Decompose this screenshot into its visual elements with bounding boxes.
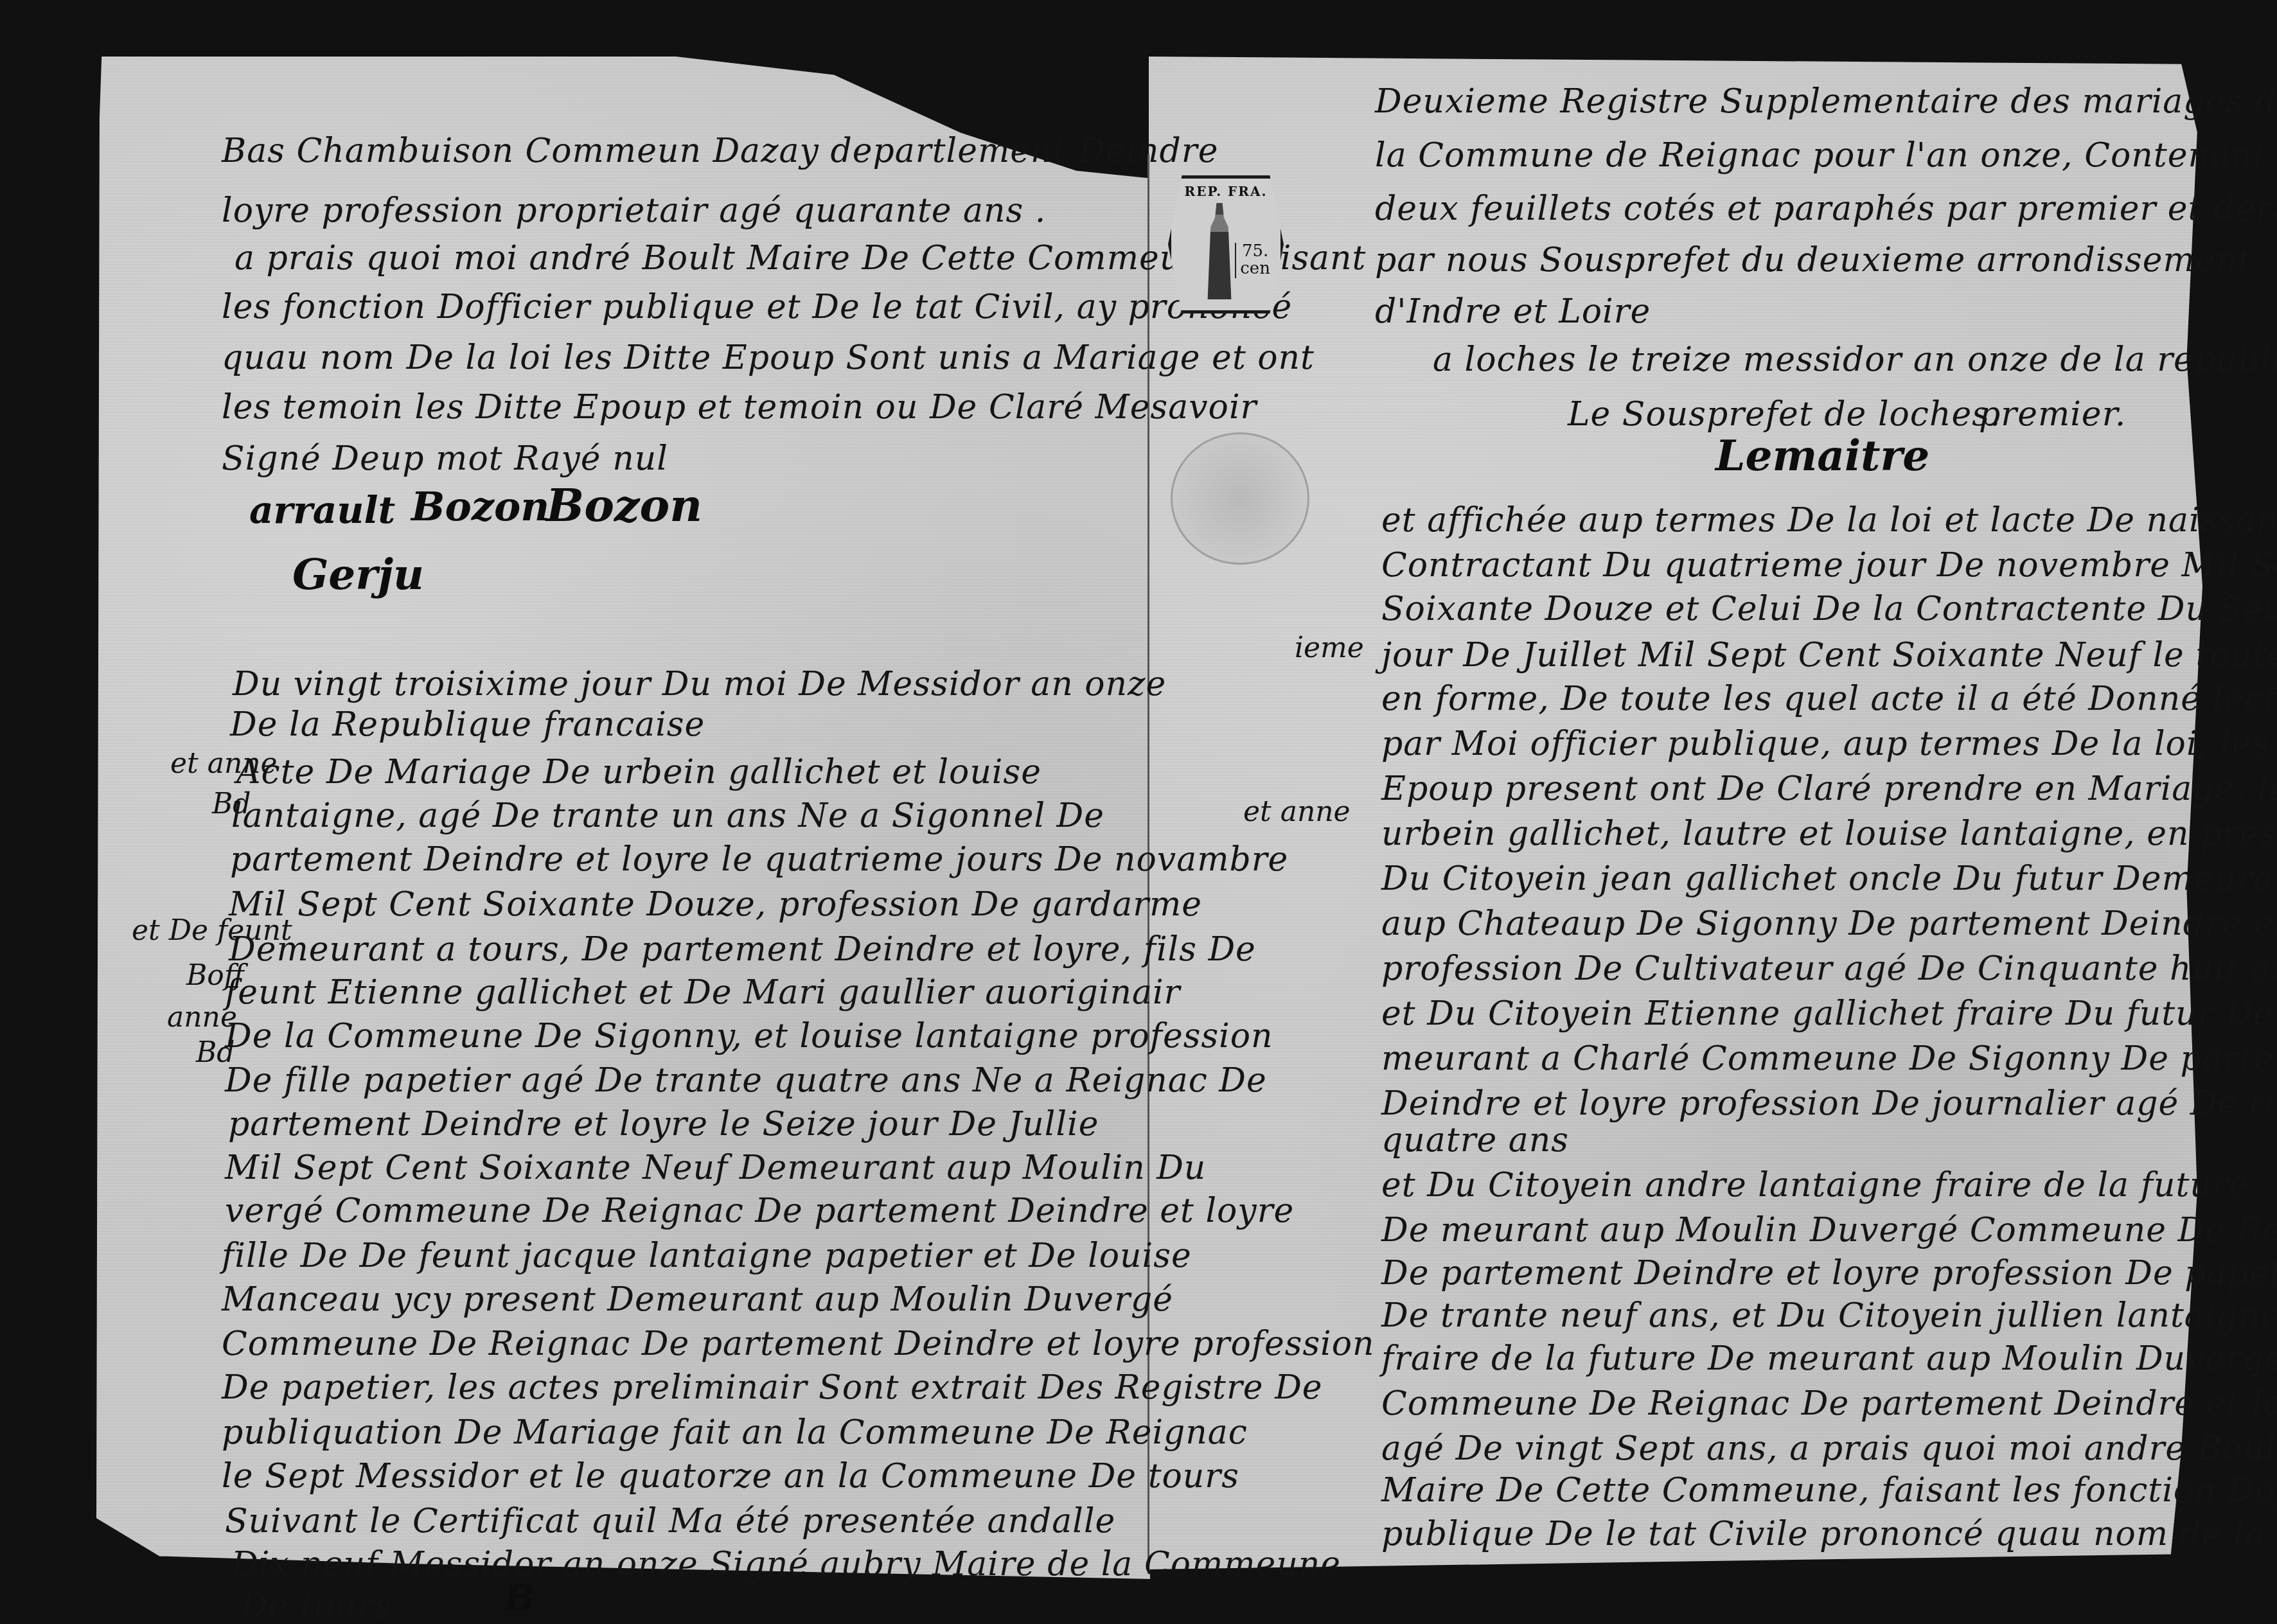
right-body-line-22: agé De vingt Sept ans, a prais quoi moi … [1381, 1429, 2277, 1468]
right-signoff-left: Le Sousprefet de loches. [1568, 395, 2001, 434]
right-signoff-right: premier. [1979, 395, 2126, 434]
right-body-line-16: et Du Citoyein andre lantaigne fraire de… [1381, 1166, 2249, 1205]
right-header-line-4: par nous Sousprefet du deuxieme arrondis… [1375, 241, 2252, 279]
right-body-line-14: Deindre et loyre profession De journalie… [1381, 1084, 2277, 1123]
left-line-2: loyre profession proprietair agé quarant… [222, 191, 1046, 230]
right-body-line-12: et Du Citoyein Etienne gallichet fraire … [1381, 994, 2277, 1033]
right-body-line-4: jour De Juillet Mil Sept Cent Soixante N… [1381, 636, 2277, 675]
footer-initial: B [504, 1577, 535, 1620]
left-line-12: partement Deindre et loyre le quatrieme … [230, 840, 1288, 879]
margin-note-3-initials: Bd [196, 1037, 235, 1068]
left-line-16: De la Commeune De Sigonny, et louise lan… [225, 1017, 1273, 1055]
margin-note-3: anne [167, 1002, 237, 1033]
right-body-line-10: aup Chateaup De Sigonny De partement Dei… [1381, 905, 2277, 943]
right-body-line-13: meurant a Charlé Commeune De Sigonny De … [1381, 1039, 2277, 1078]
left-line-7: Signé Deup mot Rayé nul [222, 439, 668, 478]
right-body-line-20: fraire de la future De meurant aup Mouli… [1381, 1339, 2277, 1378]
right-body-line-6: par Moi officier publique, aup termes De… [1381, 725, 2277, 763]
tax-stamp-amount: 75. [1240, 243, 1270, 260]
left-line-28: Dix neuf Messidor an onze Signé aubry Ma… [231, 1545, 1341, 1584]
left-line-24: De papetier, les actes preliminair Sont … [222, 1368, 1323, 1407]
right-body-line-15: quatre ans [1381, 1121, 1569, 1160]
right-body-line-2: Contractant Du quatrieme jour De novembr… [1381, 546, 2277, 585]
right-body-line-3: Soixante Douze et Celui De la Contracten… [1381, 590, 2277, 628]
left-line-4: les fonction Dofficier publique et De le… [222, 288, 1292, 326]
left-line-22: Manceau ycy present Demeurant aup Moulin… [222, 1280, 1173, 1319]
left-line-8: Du vingt troisixime jour Du moi De Messi… [233, 665, 1166, 703]
right-body-line-8: urbein gallichet, lautre et louise lanta… [1381, 815, 2277, 853]
right-body-line-24: publique De le tat Civile prononcé quau … [1381, 1515, 2277, 1553]
right-body-line-11: profession De Cultivateur agé De Cinquan… [1381, 949, 2277, 988]
margin-note-2-initials: Boff [186, 960, 244, 991]
left-line-13: Mil Sept Cent Soixante Douze, profession… [229, 885, 1202, 924]
left-line-15: feunt Etienne gallichet et De Mari gaull… [225, 973, 1180, 1012]
right-dated-line: a loches le treize messidor an onze de l… [1433, 340, 2277, 379]
right-margin-note-2: et anne [1243, 797, 1351, 827]
embossed-seal-icon [1171, 432, 1309, 565]
tax-stamp-legend: REP. FRA. [1171, 184, 1280, 199]
right-body-line-21: Commeune De Reignac De partement Deindre… [1381, 1384, 2277, 1423]
liberty-figure-icon [1205, 203, 1234, 299]
tax-stamp-unit: cen [1240, 260, 1270, 278]
right-body-line-5: en forme, De toute les quel acte il a ét… [1381, 680, 2277, 718]
left-line-11: lantaigne, agé De trante un ans Ne a Sig… [231, 797, 1104, 835]
signature-lemaitre: Lemaitre [1715, 430, 1929, 481]
right-body-line-23: Maire De Cette Commeune, faisant les fon… [1381, 1471, 2277, 1510]
left-line-1: Bas Chambuison Commeun Dazay departlemen… [222, 132, 1218, 170]
left-line-27: Suivant le Certificat quil Ma été presen… [225, 1502, 1115, 1540]
margin-note-1-initials: Bd [212, 789, 251, 820]
left-line-20: vergé Commeune De Reignac De partement D… [225, 1192, 1294, 1230]
margin-note-2: et De feunt [132, 915, 292, 946]
left-line-10: Acte De Mariage De urbein gallichet et l… [236, 753, 1041, 791]
left-line-21: fille De De feunt jacque lantaigne papet… [222, 1237, 1192, 1275]
left-line-17: De fille papetier agé De trante quatre a… [225, 1061, 1267, 1100]
right-header-line-1: Deuxieme Registre Supplementaire des mar… [1375, 82, 2277, 121]
tax-stamp: REP. FRA. 75. cen [1168, 175, 1284, 313]
left-line-19: Mil Sept Cent Soixante Neuf Demeurant au… [225, 1149, 1206, 1187]
signature-gerju: Gerju [292, 549, 424, 599]
left-line-6: les temoin les Ditte Epoup et temoin ou … [222, 388, 1257, 427]
left-line-14: Demeurant a tours, De partement Deindre … [229, 930, 1256, 969]
right-body-line-7: Epoup present ont De Claré prendre en Ma… [1381, 770, 2277, 808]
right-body-line-18: De partement Deindre et loyre profession… [1381, 1254, 2277, 1293]
right-header-line-3: deux feuillets cotés et paraphés par pre… [1375, 190, 2277, 228]
signature-bozon-2: Bozon [546, 479, 702, 532]
right-header-line-5: d'Indre et Loire [1375, 292, 1651, 331]
right-header-line-2: la Commune de Reignac pour l'an onze, Co… [1375, 136, 2267, 175]
right-body-line-19: De trante neuf ans, et Du Citoyein julli… [1381, 1296, 2277, 1335]
signature-arrault: arrault [249, 488, 395, 532]
left-line-26: le Sept Messidor et le quatorze an la Co… [222, 1457, 1239, 1496]
right-margin-note-1: ieme [1295, 633, 1364, 664]
left-line-5: quau nom De la loi les Ditte Epoup Sont … [222, 339, 1315, 377]
left-line-23: Commeune De Reignac De partement Deindre… [222, 1325, 1375, 1363]
left-line-25: publiquation De Mariage fait an la Comme… [222, 1413, 1248, 1452]
left-line-29: De tours [241, 1587, 391, 1624]
right-body-line-9: Du Citoyein jean gallichet oncle Du futu… [1381, 860, 2277, 898]
signature-bozon-1: Bozon [411, 483, 549, 530]
right-body-line-17: De meurant aup Moulin Duvergé Commeune D… [1381, 1211, 2277, 1249]
margin-note-1: et anne [170, 748, 278, 779]
left-line-9: De la Republique francaise [230, 705, 705, 744]
tax-stamp-value: 75. cen [1235, 243, 1270, 278]
left-line-18: partement Deindre et loyre le Seize jour… [228, 1105, 1099, 1143]
right-body-line-1: et affichée aup termes De la loi et lact… [1381, 501, 2277, 540]
